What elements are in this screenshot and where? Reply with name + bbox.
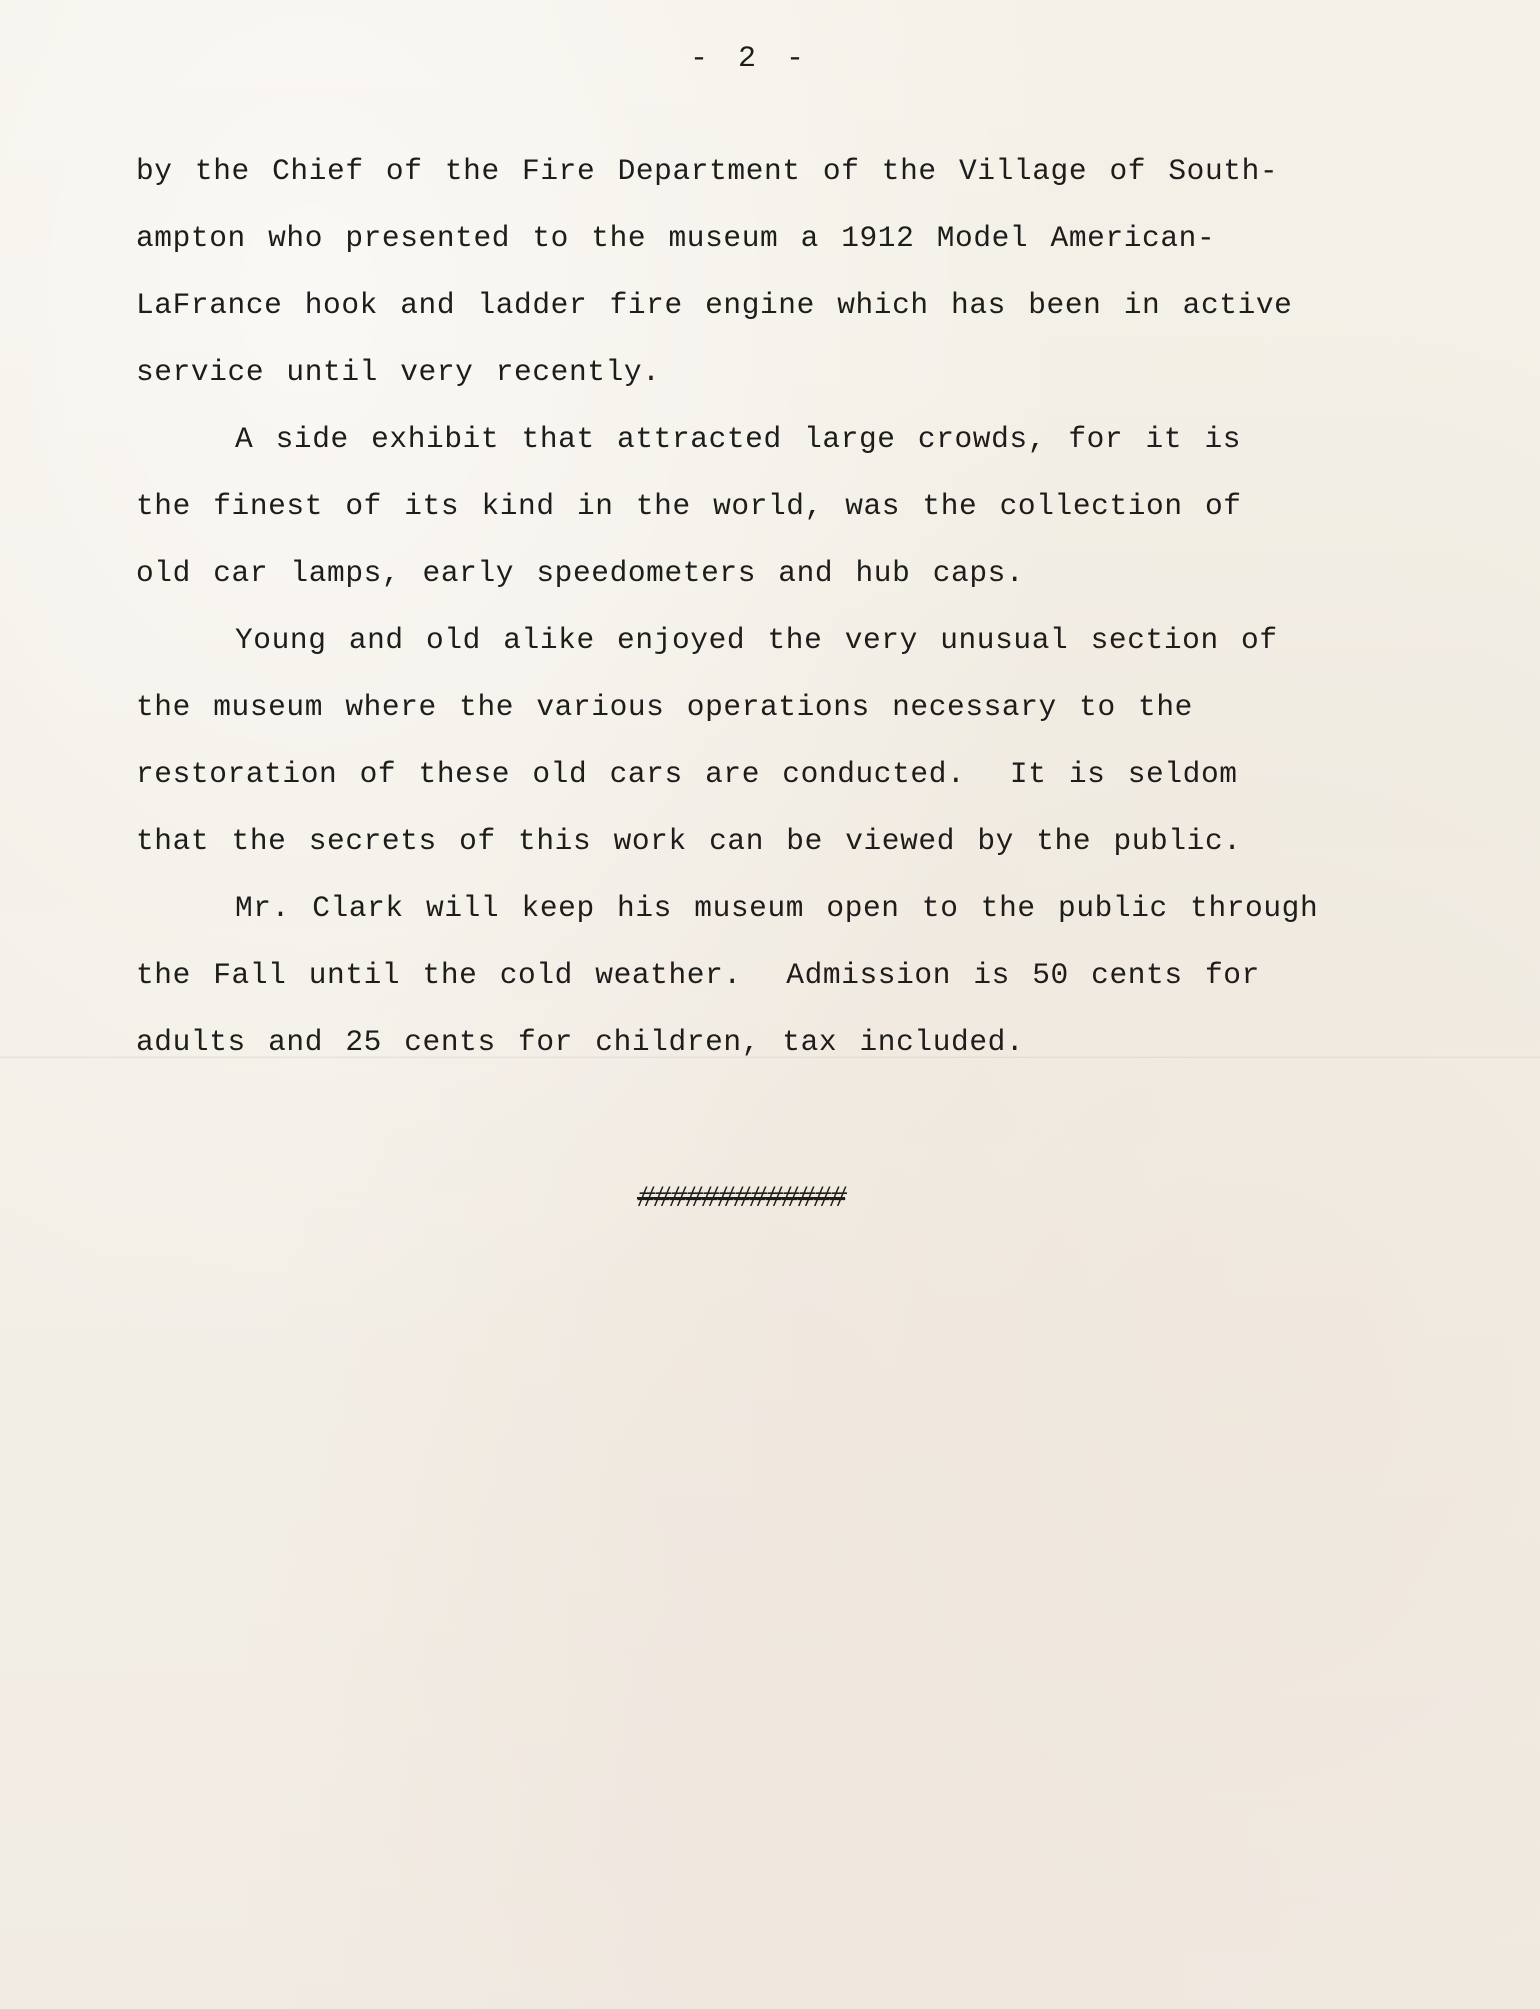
text-line: Mr. Clark will keep his museum open to t… — [136, 875, 1426, 942]
text-line: the finest of its kind in the world, was… — [136, 473, 1426, 540]
text-line: the Fall until the cold weather. Admissi… — [136, 942, 1426, 1009]
text-line: ampton who presented to the museum a 191… — [136, 205, 1426, 272]
text-line: LaFrance hook and ladder fire engine whi… — [136, 272, 1426, 339]
text-line: by the Chief of the Fire Department of t… — [136, 138, 1426, 205]
end-of-release-mark: ############# — [0, 1182, 1482, 1216]
page-number: - 2 - — [0, 42, 1500, 76]
text-line: A side exhibit that attracted large crow… — [136, 406, 1426, 473]
typewritten-page: - 2 - by the Chief of the Fire Departmen… — [0, 0, 1540, 2009]
text-line: Young and old alike enjoyed the very unu… — [136, 607, 1426, 674]
text-line: that the secrets of this work can be vie… — [136, 808, 1426, 875]
paragraph-side-exhibit: A side exhibit that attracted large crow… — [136, 406, 1426, 607]
paragraph-restoration: Young and old alike enjoyed the very unu… — [136, 607, 1426, 875]
text-line: old car lamps, early speedometers and hu… — [136, 540, 1426, 607]
text-line: adults and 25 cents for children, tax in… — [136, 1009, 1426, 1076]
paragraph-fire-engine: by the Chief of the Fire Department of t… — [136, 138, 1426, 406]
paragraph-admission: Mr. Clark will keep his museum open to t… — [136, 875, 1426, 1076]
body-text: by the Chief of the Fire Department of t… — [136, 138, 1426, 1076]
text-line: the museum where the various operations … — [136, 674, 1426, 741]
text-line: service until very recently. — [136, 339, 1426, 406]
text-line: restoration of these old cars are conduc… — [136, 741, 1426, 808]
